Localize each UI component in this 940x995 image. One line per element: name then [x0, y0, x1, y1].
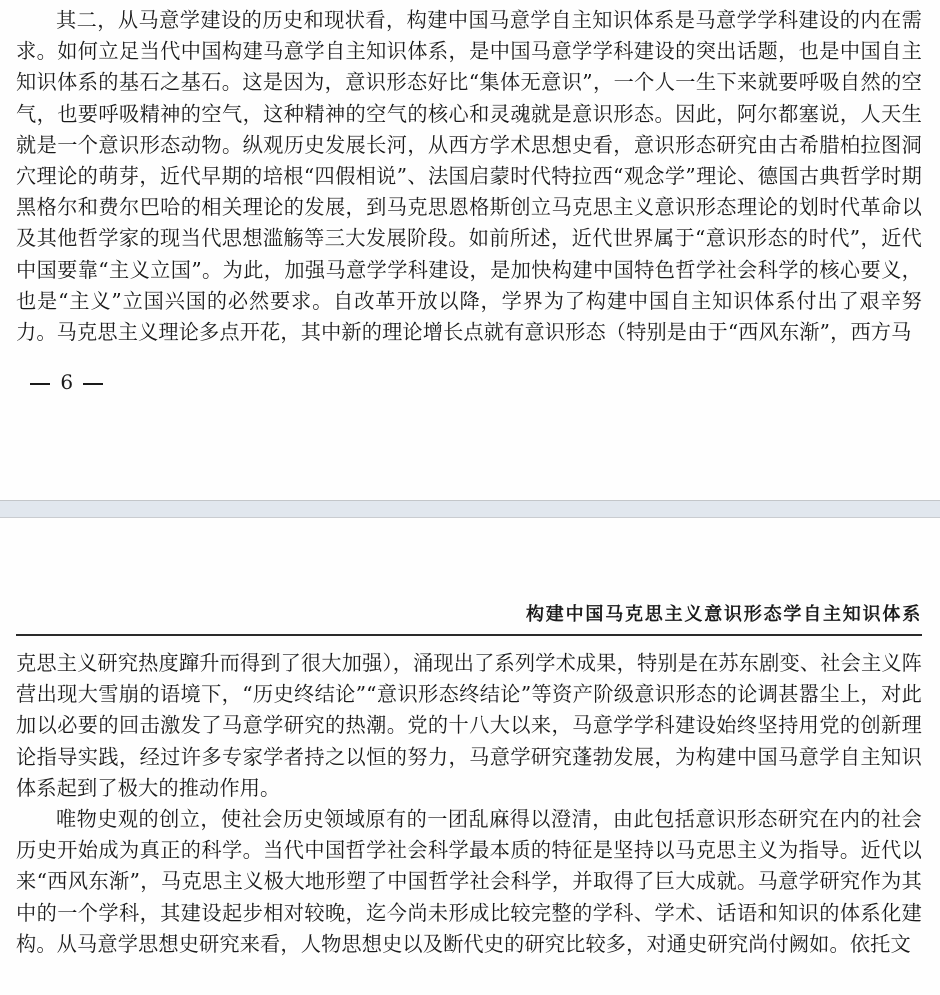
page-number-footer: 6: [26, 369, 107, 395]
header-rule: [16, 634, 922, 636]
page-body-text: 其二，从马意学建设的历史和现状看，构建中国马意学自主知识体系是马意学学科建设的内…: [16, 5, 922, 348]
dash-left: [30, 383, 50, 385]
dash-right: [83, 383, 103, 385]
page-body-text: 克思主义研究热度蹿升而得到了很大加强），涌现出了系列学术成果，特别是在苏东剧变、…: [16, 648, 922, 960]
paragraph: 克思主义研究热度蹿升而得到了很大加强），涌现出了系列学术成果，特别是在苏东剧变、…: [16, 648, 922, 804]
paragraph: 其二，从马意学建设的历史和现状看，构建中国马意学自主知识体系是马意学学科建设的内…: [16, 5, 922, 348]
page-7: 构建中国马克思主义意识形态学自主知识体系 克思主义研究热度蹿升而得到了很大加强）…: [0, 518, 940, 995]
paragraph: 唯物史观的创立，使社会历史领域原有的一团乱麻得以澄清，由此包括意识形态研究在内的…: [16, 804, 922, 960]
page-separator: [0, 500, 940, 518]
page-number: 6: [60, 370, 73, 394]
page-6: 其二，从马意学建设的历史和现状看，构建中国马意学自主知识体系是马意学学科建设的内…: [0, 0, 940, 500]
running-header: 构建中国马克思主义意识形态学自主知识体系: [526, 600, 922, 626]
